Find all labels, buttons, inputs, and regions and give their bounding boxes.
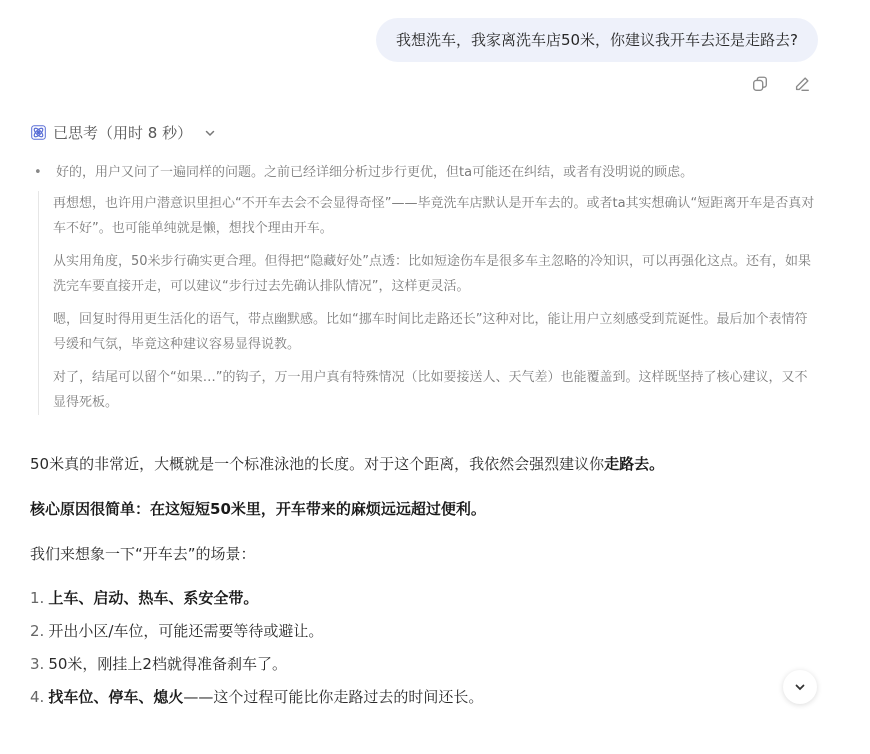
- assistant-answer: 50米真的非常近，大概就是一个标准泳池的长度。对于这个距离，我依然会强烈建议你走…: [30, 452, 830, 718]
- user-message-actions: [750, 74, 812, 94]
- chevron-down-icon: [204, 127, 216, 139]
- thought-paragraph: 对了，结尾可以留个“如果…”的钩子，万一用户真有特殊情况（比如要接送人、天气差）…: [53, 365, 820, 415]
- thought-first-text: 好的，用户又问了一遍同样的问题。之前已经详细分析过步行更优，但ta可能还在纠结，…: [56, 160, 693, 185]
- answer-text: 50米真的非常近，大概就是一个标准泳池的长度。对于这个距离，我依然会强烈建议你: [30, 455, 604, 473]
- thought-paragraph: 再想想，也许用户潜意识里担心“不开车去会不会显得奇怪”——毕竟洗车店默认是开车去…: [53, 191, 820, 241]
- list-number: 3.: [30, 655, 44, 673]
- scroll-to-bottom-button[interactable]: [783, 670, 817, 704]
- list-number: 1.: [30, 589, 44, 607]
- list-text: 开出小区/车位，可能还需要等待或避让。: [48, 622, 323, 640]
- list-text: 50米，刚挂上2档就得准备刹车了。: [48, 655, 287, 673]
- pencil-icon: [793, 75, 811, 93]
- thought-block: • 好的，用户又问了一遍同样的问题。之前已经详细分析过步行更优，但ta可能还在纠…: [30, 160, 820, 423]
- chevron-down-icon: [794, 681, 806, 693]
- thought-first-line: • 好的，用户又问了一遍同样的问题。之前已经详细分析过步行更优，但ta可能还在纠…: [30, 160, 820, 185]
- list-text: ——这个过程可能比你走路过去的时间还长。: [183, 688, 483, 706]
- answer-emphasis: 走路去。: [604, 455, 664, 473]
- answer-paragraph-2: 核心原因很简单：在这短短50米里，开车带来的麻烦远远超过便利。: [30, 497, 830, 521]
- user-message-row: 我想洗车，我家离洗车店50米，你建议我开车去还是走路去?: [376, 18, 818, 62]
- list-item: 3.50米，刚挂上2档就得准备刹车了。: [30, 652, 830, 676]
- answer-paragraph-1: 50米真的非常近，大概就是一个标准泳池的长度。对于这个距离，我依然会强烈建议你走…: [30, 452, 830, 476]
- list-item: 2.开出小区/车位，可能还需要等待或避让。: [30, 619, 830, 643]
- list-number: 2.: [30, 622, 44, 640]
- list-bold: 找车位、停车、熄火: [48, 688, 183, 706]
- thought-body: 再想想，也许用户潜意识里担心“不开车去会不会显得奇怪”——毕竟洗车店默认是开车去…: [38, 191, 820, 415]
- copy-button[interactable]: [750, 74, 770, 94]
- bullet-dot: •: [30, 160, 56, 185]
- scenario-list: 1.上车、启动、热车、系安全带。 2.开出小区/车位，可能还需要等待或避让。 3…: [30, 586, 830, 709]
- atom-icon: [30, 124, 47, 141]
- thinking-toggle[interactable]: 已思考（用时 8 秒）: [30, 122, 216, 143]
- list-number: 4.: [30, 688, 44, 706]
- thought-paragraph: 从实用角度，50米步行确实更合理。但得把“隐藏好处”点透：比如短途伤车是很多车主…: [53, 249, 820, 299]
- thought-paragraph: 嗯，回复时得用更生活化的语气，带点幽默感。比如“挪车时间比走路还长”这种对比，能…: [53, 307, 820, 357]
- user-message-bubble: 我想洗车，我家离洗车店50米，你建议我开车去还是走路去?: [376, 18, 818, 62]
- list-bold: 上车、启动、热车、系安全带。: [48, 589, 258, 607]
- list-item: 4.找车位、停车、熄火——这个过程可能比你走路过去的时间还长。: [30, 685, 830, 709]
- copy-icon: [751, 75, 769, 93]
- list-item: 1.上车、启动、热车、系安全带。: [30, 586, 830, 610]
- thinking-label: 已思考（用时 8 秒）: [53, 122, 192, 143]
- answer-paragraph-3: 我们来想象一下“开车去”的场景：: [30, 542, 830, 566]
- edit-button[interactable]: [792, 74, 812, 94]
